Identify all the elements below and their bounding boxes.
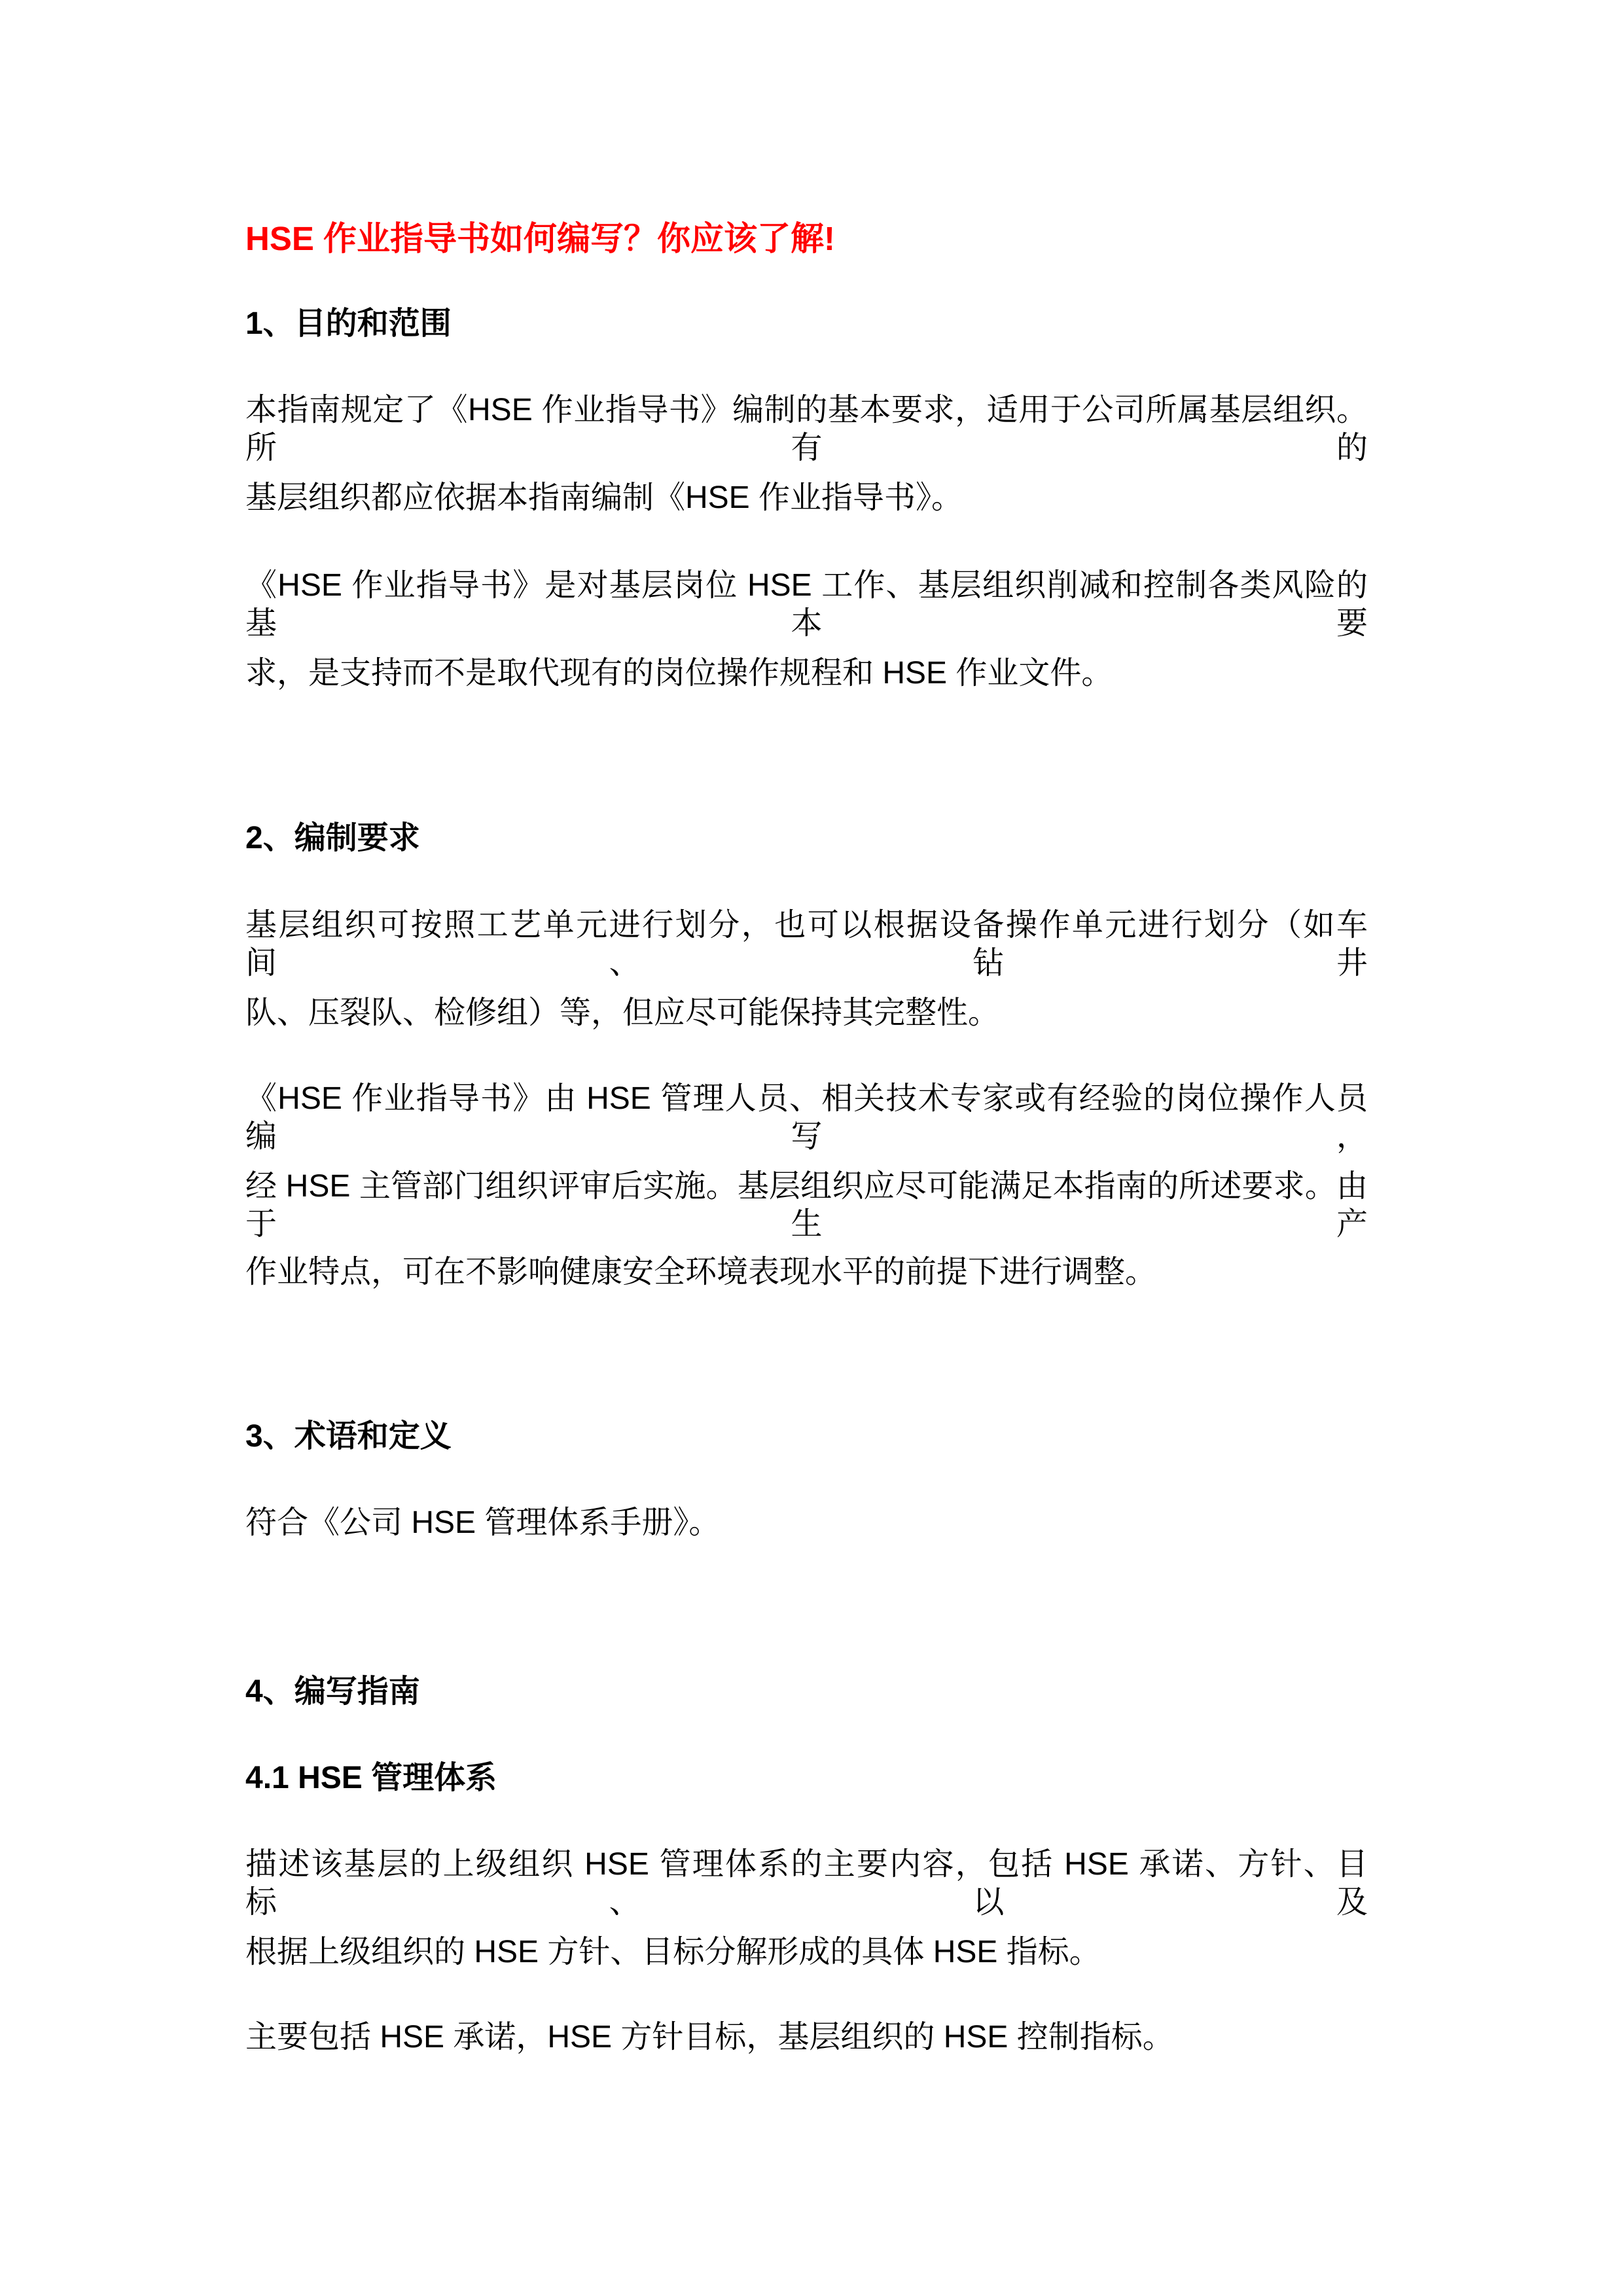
section-heading-2: 2、编制要求 [245,819,1368,857]
paragraph-line: 描述该基层的上级组织 HSE 管理体系的主要内容，包括 HSE 承诺、方针、目标… [245,1846,1368,1922]
paragraph-line: 《HSE 作业指导书》由 HSE 管理人员、相关技术专家或有经验的岗位操作人员编… [245,1080,1368,1156]
paragraph-line: 经 HSE 主管部门组织评审后实施。基层组织应尽可能满足本指南的所述要求。由于生… [245,1168,1368,1244]
section-heading-1: 1、目的和范围 [245,305,1368,343]
paragraph-line: 符合《公司 HSE 管理体系手册》。 [245,1504,1368,1542]
paragraph-line: 基层组织都应依据本指南编制《HSE 作业指导书》。 [245,479,1368,517]
section-heading-4: 4、编写指南 [245,1673,1368,1711]
section-heading-3: 3、术语和定义 [245,1418,1368,1456]
paragraph-line: 作业特点，可在不影响健康安全环境表现水平的前提下进行调整。 [245,1253,1368,1291]
document-title: HSE 作业指导书如何编写？你应该了解! [245,220,1368,258]
paragraph-line: 求，是支持而不是取代现有的岗位操作规程和 HSE 作业文件。 [245,655,1368,692]
document-page: HSE 作业指导书如何编写？你应该了解! 1、目的和范围 本指南规定了《HSE … [0,0,1623,2296]
paragraph-line: 本指南规定了《HSE 作业指导书》编制的基本要求，适用于公司所属基层组织。所有的 [245,391,1368,467]
paragraph-line: 基层组织可按照工艺单元进行划分，也可以根据设备操作单元进行划分（如车间、钻井 [245,906,1368,982]
paragraph-line: 《HSE 作业指导书》是对基层岗位 HSE 工作、基层组织削减和控制各类风险的基… [245,567,1368,643]
paragraph-line: 根据上级组织的 HSE 方针、目标分解形成的具体 HSE 指标。 [245,1933,1368,1971]
paragraph-line: 队、压裂队、检修组）等，但应尽可能保持其完整性。 [245,994,1368,1032]
paragraph-line: 主要包括 HSE 承诺，HSE 方针目标，基层组织的 HSE 控制指标。 [245,2018,1368,2056]
section-heading-4-1: 4.1 HSE 管理体系 [245,1759,1368,1797]
